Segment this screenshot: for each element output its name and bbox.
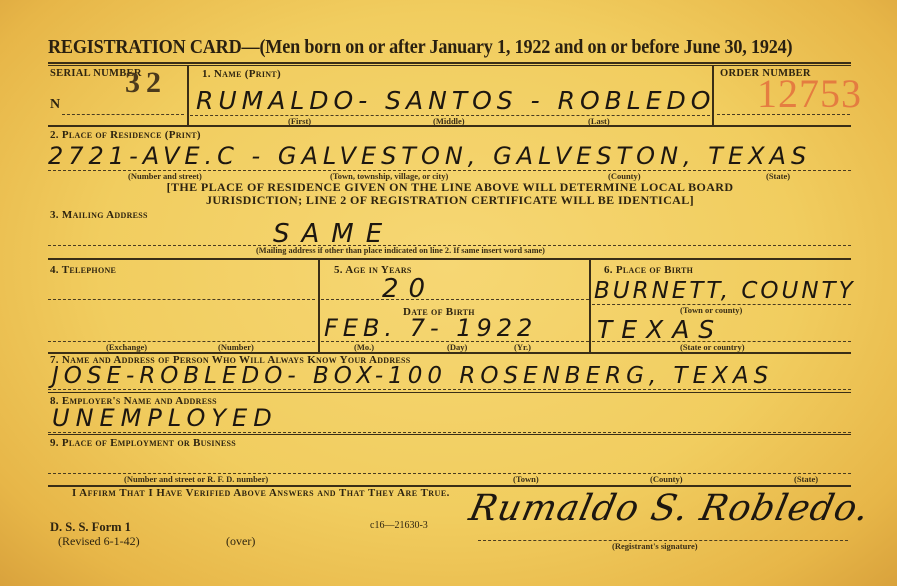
order-line [717, 114, 850, 115]
caption-county: (County) [650, 474, 683, 484]
row-rule [48, 258, 851, 260]
title-rule-thin [48, 65, 851, 66]
caption-town: (Town) [513, 474, 539, 484]
serial-number-value: 32 [125, 66, 167, 100]
caption-month: (Mo.) [354, 342, 374, 352]
form-number: D. S. S. Form 1 [50, 520, 131, 535]
age-line [321, 299, 589, 300]
jurisdiction-notice: [THE PLACE OF RESIDENCE GIVEN ON THE LIN… [90, 181, 810, 207]
residence-label: 2. Place of Residence (Print) [50, 129, 201, 141]
employer-value: UNEMPLOYED [52, 404, 278, 432]
order-number-value: 12753 [757, 70, 862, 117]
telephone-line-1 [48, 299, 315, 300]
caption-state: (State) [794, 474, 818, 484]
birthplace-label: 6. Place of Birth [604, 264, 693, 276]
employer-line [48, 432, 851, 433]
form-revision: (Revised 6-1-42) [58, 534, 140, 549]
serial-line [62, 114, 184, 115]
telephone-line-2 [48, 341, 315, 342]
caption-exchange: (Exchange) [106, 342, 147, 352]
divider [318, 260, 320, 352]
title-rule [48, 62, 851, 64]
dob-value: FEB. 7- 1922 [324, 314, 537, 342]
row-rule [48, 392, 851, 393]
residence-value: 2721-AVE.C - GALVESTON, GALVESTON, TEXAS [48, 142, 811, 170]
caption-state-or-country: (State or country) [680, 342, 745, 352]
mailing-caption: (Mailing address if other than place ind… [256, 246, 545, 255]
mailing-address-label: 3. Mailing Address [50, 209, 148, 221]
employment-place-label: 9. Place of Employment or Business [50, 437, 236, 449]
row-rule [48, 125, 851, 127]
contact-line [48, 389, 851, 390]
over-note: (over) [226, 534, 255, 549]
telephone-label: 4. Telephone [50, 264, 116, 276]
affirmation-text: I Affirm That I Have Verified Above Answ… [72, 487, 450, 499]
registration-card: REGISTRATION CARD—(Men born on or after … [0, 0, 897, 586]
notice-line-2: JURISDICTION; LINE 2 OF REGISTRATION CER… [90, 194, 810, 207]
contact-value: JOSE-ROBLEDO- BOX-100 ROSENBERG, TEXAS [52, 363, 773, 389]
print-code: c16—21630-3 [370, 520, 428, 531]
birthplace-state-value: TEXAS [597, 315, 723, 344]
serial-prefix: N [50, 97, 60, 113]
name-label: 1. Name (Print) [202, 68, 281, 80]
name-value: RUMALDO- SANTOS - ROBLEDO [196, 86, 715, 115]
birthplace-town-value: BURNETT, COUNTY [594, 278, 856, 304]
caption-state: (State) [766, 171, 790, 181]
signature-caption: (Registrant's signature) [612, 541, 698, 551]
registrant-signature: Rumaldo S. Robledo. [466, 488, 874, 529]
divider [589, 260, 591, 352]
caption-town-or-county: (Town or county) [680, 305, 742, 315]
caption-day: (Day) [447, 342, 467, 352]
caption-street-rfd: (Number and street or R. F. D. number) [124, 474, 268, 484]
card-title: REGISTRATION CARD—(Men born on or after … [48, 37, 792, 59]
divider [187, 66, 189, 125]
caption-number: (Number) [218, 342, 254, 352]
row-rule [48, 434, 851, 435]
divider [712, 66, 714, 125]
caption-year: (Yr.) [514, 342, 531, 352]
